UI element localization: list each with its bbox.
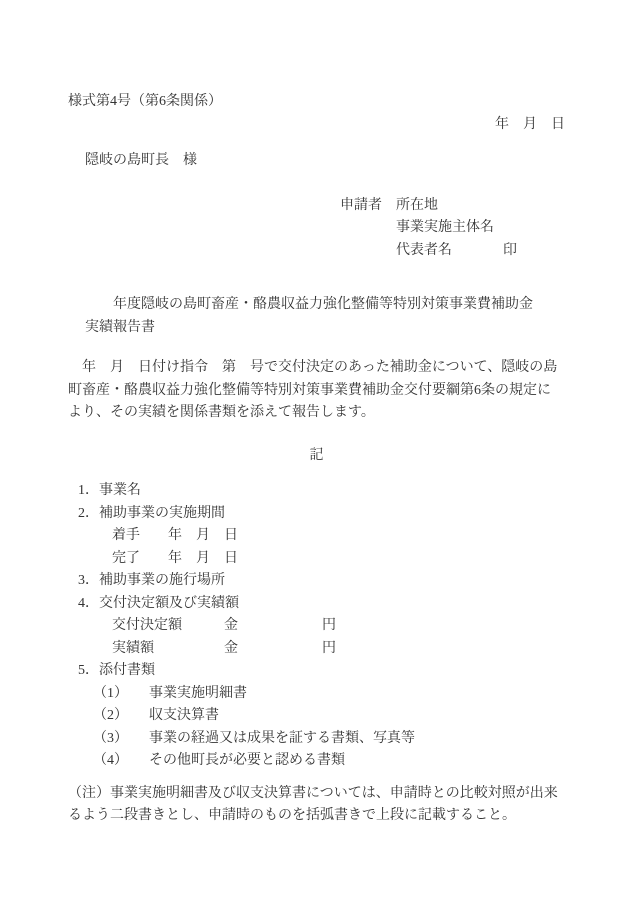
items-list: 1．事業名 2．補助事業の実施期間 着手 年 月 日 完了 年 月 日 3．補助… <box>68 480 565 773</box>
list-item-1: 1．事業名 <box>78 480 565 503</box>
title-line-2: 実績報告書 <box>85 317 565 340</box>
list-item-2-start: 着手 年 月 日 <box>112 525 565 548</box>
list-item-5: 5．添付書類 <box>78 660 565 683</box>
applicant-row-representative: 代表者名印 <box>396 240 565 263</box>
date-line: 年 月 日 <box>68 114 565 137</box>
list-item-2: 2．補助事業の実施期間 <box>78 503 565 526</box>
body-paragraph: 年 月 日付け指令 第 号で交付決定のあった補助金について、隠岐の島 町畜産・酪… <box>68 357 565 425</box>
list-item-4-actual: 実績額 金 円 <box>112 638 565 661</box>
document-title: 年度隠岐の島町畜産・酪農収益力強化整備等特別対策事業費補助金 実績報告書 <box>68 294 565 339</box>
note-line-1: （注）事業実施明細書及び収支決算書については、申請時との比較対照が出来 <box>68 783 565 806</box>
note-line-2: るよう二段書きとし、申請時のものを括弧書きで上段に記載すること。 <box>68 805 565 828</box>
addressee: 隠岐の島町長 様 <box>85 150 565 173</box>
form-number: 様式第4号（第6条関係） <box>68 91 565 114</box>
list-item-4-granted: 交付決定額 金 円 <box>112 615 565 638</box>
list-item-4: 4．交付決定額及び実績額 <box>78 593 565 616</box>
body-line-2: 町畜産・酪農収益力強化整備等特別対策事業費補助金交付要綱第6条の規定に <box>68 380 565 403</box>
body-line-1: 年 月 日付け指令 第 号で交付決定のあった補助金について、隠岐の島 <box>68 357 565 380</box>
applicant-row-entity: 事業実施主体名 <box>396 217 565 240</box>
list-item-5-attachment-4: （4） その他町長が必要と認める書類 <box>93 750 565 773</box>
note: （注）事業実施明細書及び収支決算書については、申請時との比較対照が出来 るよう二… <box>68 783 565 828</box>
list-item-2-complete: 完了 年 月 日 <box>112 548 565 571</box>
list-item-5-attachment-2: （2） 収支決算書 <box>93 705 565 728</box>
list-item-3: 3．補助事業の施行場所 <box>78 570 565 593</box>
applicant-row-location: 申請者 所在地 <box>340 195 565 218</box>
body-line-3: より、その実績を関係書類を添えて報告します。 <box>68 402 565 425</box>
representative-label: 代表者名 <box>396 243 452 258</box>
record-marker: 記 <box>68 445 565 468</box>
applicant-block: 申請者 所在地 事業実施主体名 代表者名印 <box>340 195 565 263</box>
seal-mark: 印 <box>503 243 517 258</box>
list-item-5-attachment-3: （3） 事業の経過又は成果を証する書類、写真等 <box>93 728 565 751</box>
list-item-5-attachment-1: （1） 事業実施明細書 <box>93 683 565 706</box>
title-line-1: 年度隠岐の島町畜産・酪農収益力強化整備等特別対策事業費補助金 <box>113 294 565 317</box>
document-page: 様式第4号（第6条関係） 年 月 日 隠岐の島町長 様 申請者 所在地 事業実施… <box>0 0 630 915</box>
